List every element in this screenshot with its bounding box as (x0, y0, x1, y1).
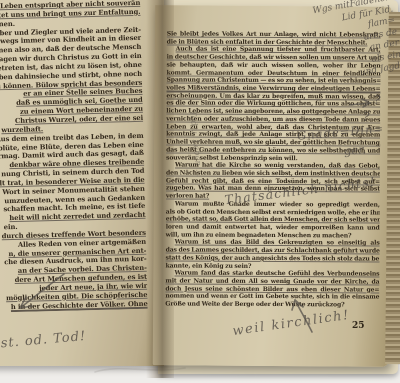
book-photo-scene: Dies Leben entspringt aber nicht souverä… (0, 0, 400, 383)
faint-table-squiggle (95, 368, 185, 372)
pencil-arrow-left (20, 274, 64, 308)
handwritten-question-mark: ? (374, 93, 380, 107)
handwritten-note-gnade-2: ger. (344, 142, 367, 158)
